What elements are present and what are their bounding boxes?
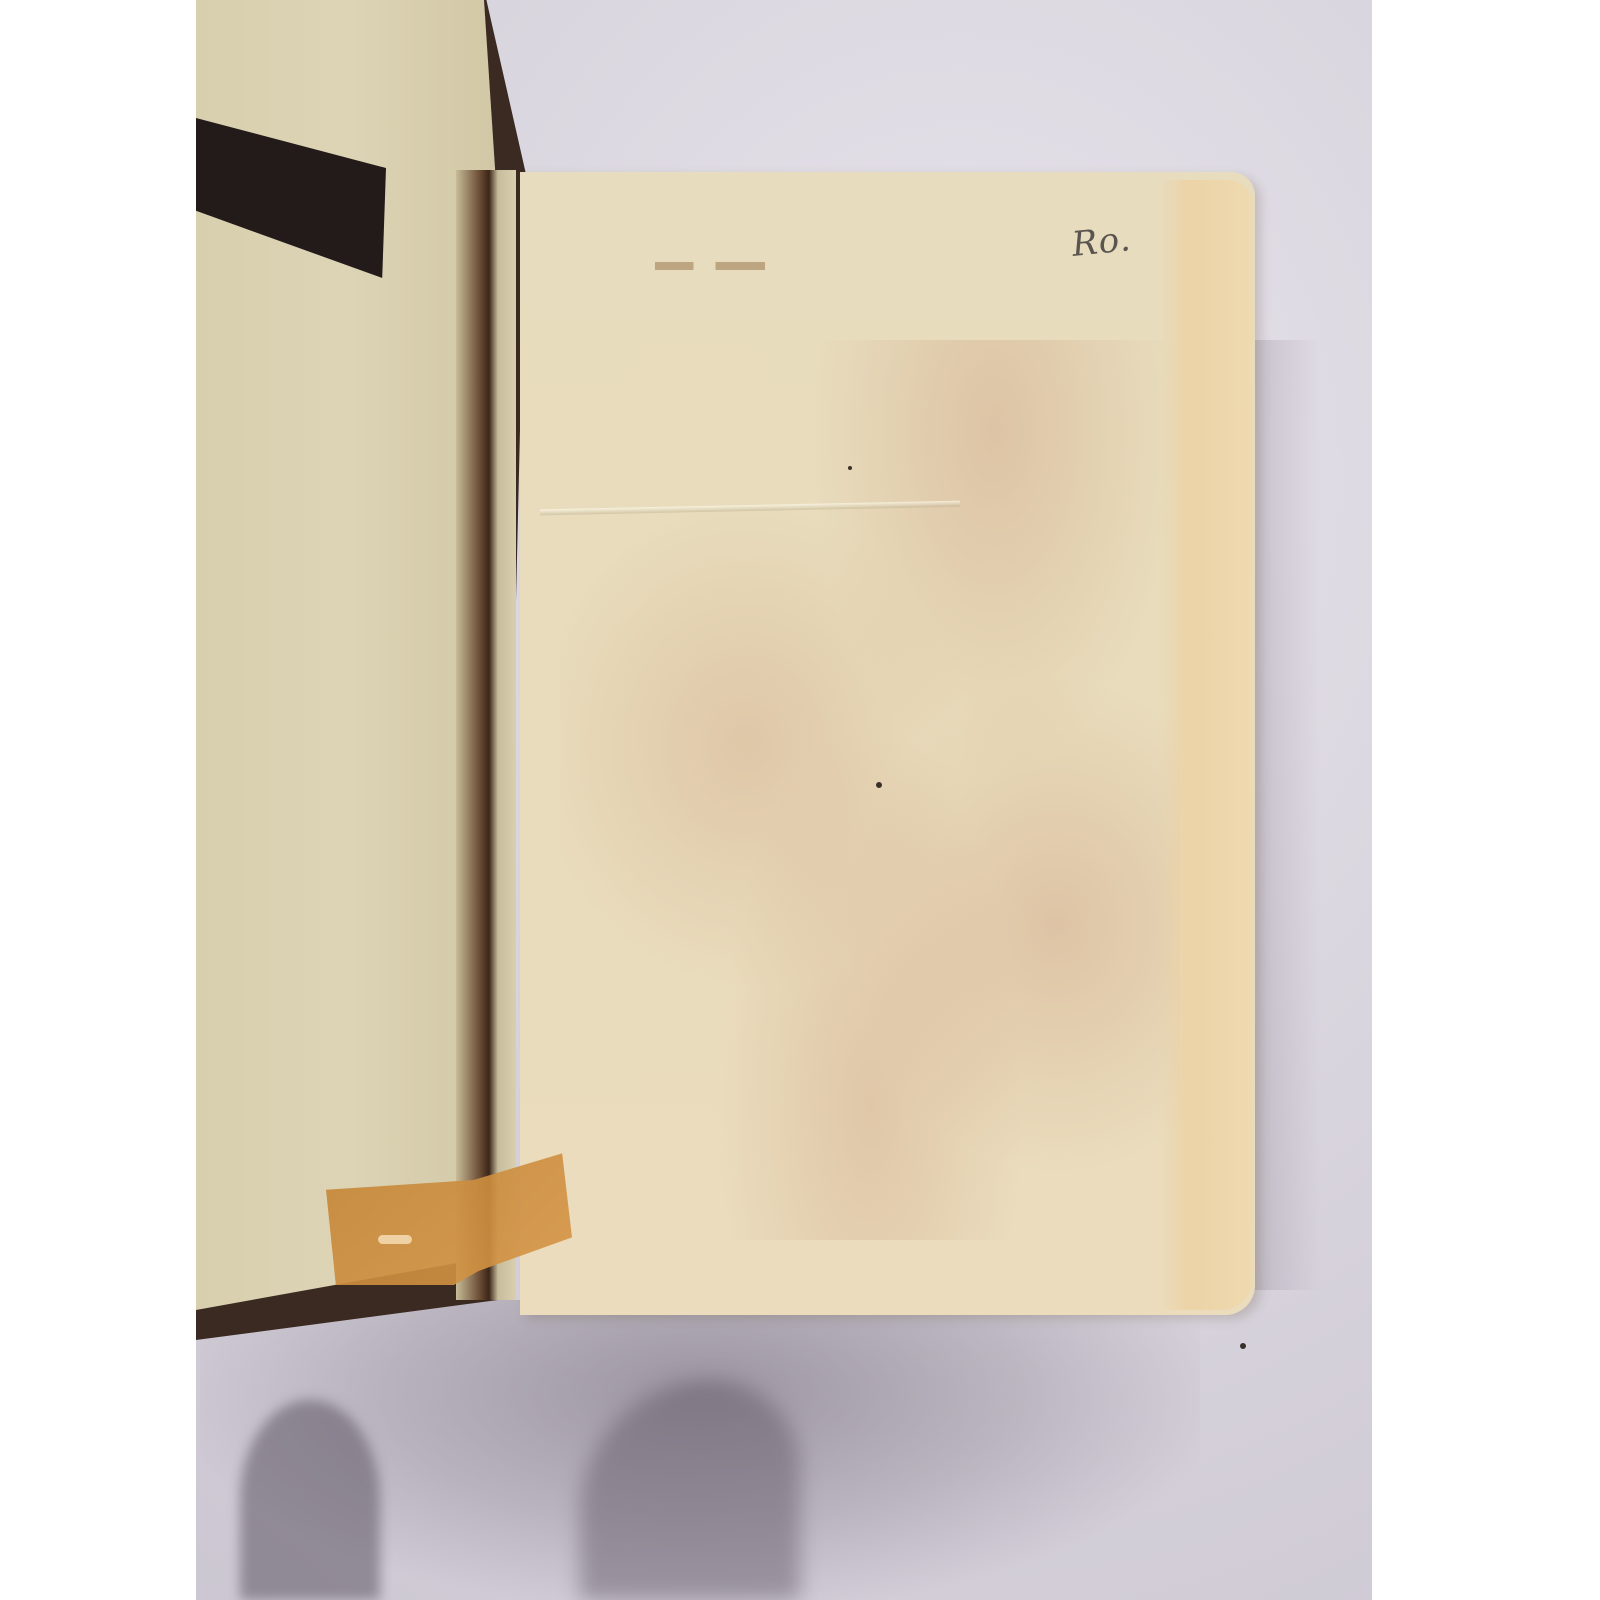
surface-speck	[1240, 1343, 1246, 1349]
book-gutter-hinge	[456, 170, 516, 1300]
book-photo: Ro.	[0, 0, 1600, 1600]
image-margin-right	[1372, 0, 1600, 1600]
tape-glare	[378, 1235, 412, 1244]
paper-speck	[848, 466, 852, 470]
page-edge-discoloration	[1160, 180, 1252, 1310]
handwritten-note: Ro.	[1070, 219, 1133, 265]
image-margin-left	[0, 0, 196, 1600]
hand-shadow-left	[240, 1400, 380, 1600]
page-foxing-stains	[560, 340, 1180, 1240]
paper-speck	[876, 782, 882, 788]
ink-bleed-through	[655, 262, 765, 270]
